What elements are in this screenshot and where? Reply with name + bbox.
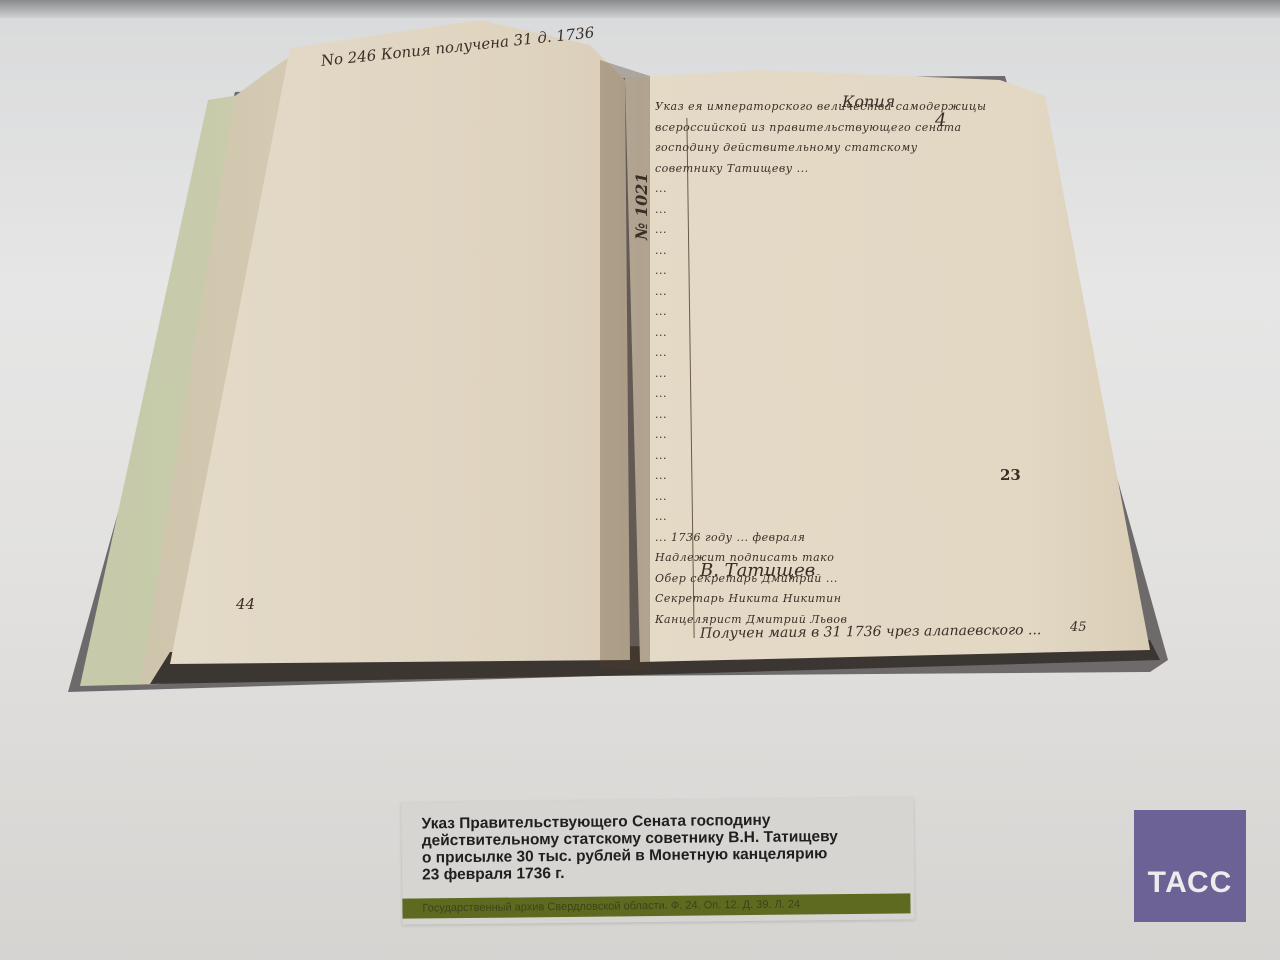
- text-line: ...: [655, 387, 1035, 408]
- tass-logo: ТАСС: [1134, 810, 1246, 922]
- text-line: ...: [655, 244, 1035, 265]
- text-line: ...: [655, 428, 1035, 449]
- text-line: господину действительному статскому: [655, 141, 1035, 162]
- text-line: ...: [655, 223, 1035, 244]
- left-page-number: 44: [236, 595, 255, 613]
- caption-line: 23 февраля 1736 г.: [422, 861, 902, 883]
- text-line: всероссийской из правительствующего сена…: [655, 121, 1035, 142]
- document-number: № 1021: [632, 173, 651, 241]
- text-line: ...: [655, 408, 1035, 429]
- text-line: советнику Татищеву ...: [655, 162, 1035, 183]
- open-manuscript-book: No 246 Копия получена 31 д. 1736 44 Копи…: [0, 0, 1280, 720]
- text-line: ...: [655, 367, 1035, 388]
- text-line: ...: [655, 203, 1035, 224]
- handwritten-text-block: Указ ея императорского величества самоде…: [655, 100, 1035, 633]
- exhibit-caption-label: Указ Правительствующего Сената господину…: [401, 797, 914, 924]
- text-line: ...: [655, 469, 1035, 490]
- tass-logo-text: ТАСС: [1134, 866, 1246, 900]
- text-line: ...: [655, 346, 1035, 367]
- text-line: ... 1736 году ... февраля: [655, 531, 1035, 552]
- right-page-number: 45: [1070, 620, 1087, 635]
- text-line: Указ ея императорского величества самоде…: [655, 100, 1035, 121]
- caption-archive-source: Государственный архив Свердловской облас…: [402, 893, 910, 918]
- text-line: ...: [655, 326, 1035, 347]
- text-line: ...: [655, 264, 1035, 285]
- text-line: ...: [655, 285, 1035, 306]
- text-line: ...: [655, 305, 1035, 326]
- date-day-number: 23: [1000, 466, 1021, 484]
- signature: В. Татищев: [700, 560, 815, 581]
- text-line: ...: [655, 449, 1035, 470]
- text-line: ...: [655, 182, 1035, 203]
- text-line: ...: [655, 510, 1035, 531]
- text-line: Секретарь Никита Никитин: [655, 592, 1035, 613]
- caption-title: Указ Правительствующего Сената господину…: [422, 810, 903, 883]
- text-line: ...: [655, 490, 1035, 511]
